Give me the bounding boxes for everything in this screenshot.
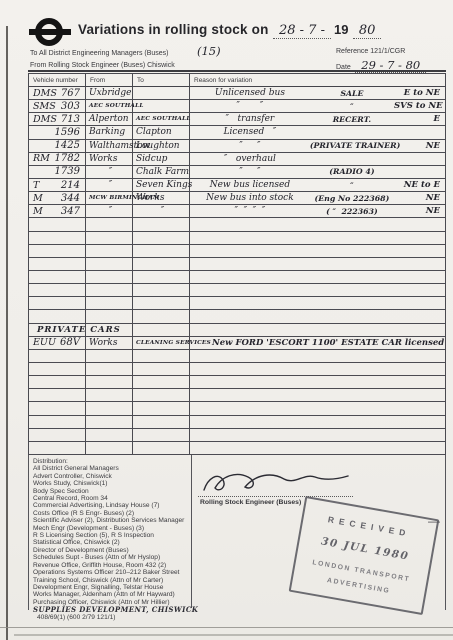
form-page: Variations in rolling stock on 28 - 7 -1…: [0, 0, 453, 640]
to-cell: [133, 350, 190, 362]
distribution-line: All District General Managers: [33, 465, 189, 472]
from-cell-text: Uxbridge: [86, 88, 131, 98]
from-cell-text: ″: [106, 180, 112, 190]
table-row: SMS303AEC SOUTHALL″ ″″SVS to NE: [29, 100, 445, 113]
signature-dotted-line: [198, 496, 353, 497]
title-year-handwritten: 80: [353, 23, 382, 39]
table-row: [29, 245, 445, 258]
vehicle-cell: DMS713: [29, 113, 86, 125]
distribution-line: Operations Systems Officer 210–212 Baker…: [33, 569, 189, 576]
from-line: From Rolling Stock Engineer (Buses) Chis…: [30, 62, 175, 69]
from-cell: [86, 442, 133, 454]
to-cell: Loughton: [133, 140, 190, 152]
table-row: [29, 271, 445, 284]
vehicle-number: 1425: [55, 140, 80, 151]
to-cell: [133, 258, 190, 270]
vehicle-number: 68V: [60, 337, 80, 348]
reason-r2: RECERT.: [310, 115, 394, 124]
distribution-line: Scientific Adviser (2), Distribution Ser…: [33, 517, 189, 524]
reason-r3: NE: [400, 141, 445, 151]
vehicle-cell: 1425: [29, 140, 86, 152]
signature-squiggle: [198, 466, 353, 496]
vehicle-cell: [29, 245, 86, 257]
reason-r3: NE to E: [394, 180, 445, 190]
from-cell: [86, 284, 133, 296]
table-row: [29, 258, 445, 271]
reason-r1: ″ transfer: [190, 114, 310, 124]
table-row: [29, 232, 445, 245]
from-cell: Walthamstow: [86, 140, 133, 152]
to-cell-text: Chalk Farm: [133, 167, 189, 177]
reason-cell: [190, 258, 445, 270]
to-cell-text: Loughton: [133, 141, 180, 151]
reason-cell: ″ ″″SVS to NE: [190, 100, 445, 112]
scan-edge-bottom: [0, 627, 453, 628]
distribution-line: Statistical Office, Chiswick (2): [33, 539, 189, 546]
stamp-date: 30 JUL 1980: [320, 536, 410, 563]
reason-r2: ″: [310, 181, 394, 190]
reason-r2: ( ″ 222363): [310, 207, 394, 216]
vehicle-class: SMS: [33, 101, 56, 112]
from-cell: Alperton: [86, 113, 133, 125]
vehicle-cell: [29, 284, 86, 296]
from-cell-text: Works: [86, 154, 117, 164]
reason-cell: [190, 245, 445, 257]
vehicle-cell: [29, 416, 86, 428]
reason-r1: ″ ″: [190, 141, 310, 151]
reason-cell: Licensed ″: [190, 126, 445, 138]
reason-cell: [190, 429, 445, 441]
vehicle-number: 713: [61, 114, 80, 125]
vehicle-cell: [29, 350, 86, 362]
vehicle-number: 344: [61, 193, 80, 204]
roundel-bar: [29, 29, 71, 35]
vehicle-cell: SMS303: [29, 100, 86, 112]
to-cell: Seven Kings: [133, 179, 190, 191]
reason-r1: New bus licensed: [190, 180, 310, 190]
table-row: [29, 310, 445, 323]
reason-r2: ″: [310, 102, 394, 111]
vehicle-cell: EUU68V: [29, 337, 86, 349]
to-cell: [133, 324, 190, 336]
dash-mark: —: [428, 514, 440, 528]
vehicle-cell: PRIVATE CARS: [29, 324, 86, 336]
to-cell: [133, 218, 190, 230]
copy-count-annotation: (15): [197, 44, 221, 58]
to-cell: [133, 402, 190, 414]
to-cell: [133, 297, 190, 309]
reason-cell: [190, 389, 445, 401]
reason-cell: ″ ″(RADIO 4): [190, 166, 445, 178]
distribution-line: Director of Development (Buses): [33, 547, 189, 554]
vehicle-cell: [29, 297, 86, 309]
reason-cell: ″ overhaul: [190, 153, 445, 165]
from-cell: [86, 389, 133, 401]
from-cell: [86, 363, 133, 375]
vehicle-cell: [29, 310, 86, 322]
from-cell-text: Barking: [86, 127, 125, 137]
reason-r2: (PRIVATE TRAINER): [310, 141, 400, 150]
rolling-stock-table: Vehicle number From To Reason for variat…: [28, 73, 446, 455]
vehicle-cell: [29, 442, 86, 454]
vehicle-class: EUU: [33, 337, 56, 348]
reason-r1: ″ overhaul: [190, 154, 310, 164]
reason-r1: Unlicensed bus: [190, 88, 310, 98]
lower-section-divider: [191, 455, 192, 608]
reason-cell: [190, 218, 445, 230]
from-cell-text: Works: [86, 338, 117, 348]
vehicle-class: M: [33, 206, 43, 217]
distribution-line: Advert Controller, Chiswick: [33, 473, 189, 480]
to-cell: AEC SOUTHALL: [133, 113, 190, 125]
table-body: DMS767UxbridgeUnlicensed busSALEE to NES…: [29, 87, 445, 455]
stamp-received-text: RECEIVED: [327, 514, 411, 538]
from-cell: [86, 258, 133, 270]
distribution-line: Works Study, Chiswick(1): [33, 480, 189, 487]
vehicle-cell: [29, 258, 86, 270]
to-cell: [133, 87, 190, 99]
from-cell: Barking: [86, 126, 133, 138]
vehicle-cell: [29, 376, 86, 388]
from-cell-text: Alperton: [86, 114, 129, 124]
from-cell: [86, 350, 133, 362]
reason-r2: SALE: [310, 89, 394, 98]
header-rule: [28, 70, 446, 72]
from-cell: [86, 297, 133, 309]
vehicle-cell: 1739: [29, 166, 86, 178]
vehicle-cell: RM1782: [29, 153, 86, 165]
vehicle-number: 347: [61, 206, 80, 217]
to-cell: [133, 245, 190, 257]
to-cell-text: ″: [158, 206, 164, 216]
table-row: T214″Seven KingsNew bus licensed″NE to E: [29, 179, 445, 192]
from-cell: [86, 416, 133, 428]
vehicle-cell: [29, 363, 86, 375]
distribution-line: Revenue Office, Griffith House, Room 432…: [33, 562, 189, 569]
vehicle-cell: [29, 402, 86, 414]
reason-cell: ″ ″ ″ ″( ″ 222363)NE: [190, 205, 445, 217]
reason-r3: NE: [394, 193, 445, 203]
to-line: To All District Engineering Managers (Bu…: [30, 50, 169, 57]
table-row: DMS767UxbridgeUnlicensed busSALEE to NE: [29, 87, 445, 100]
distribution-line: Distribution:: [33, 458, 189, 465]
to-cell: [133, 442, 190, 454]
to-cell: [133, 310, 190, 322]
table-row: [29, 297, 445, 310]
from-cell: [86, 402, 133, 414]
reason-r1: Licensed ″: [190, 127, 310, 137]
vehicle-class: DMS: [33, 88, 57, 99]
distribution-list: Distribution:All District General Manage…: [33, 458, 189, 621]
table-row: [29, 218, 445, 231]
signature-label: Rolling Stock Engineer (Buses): [200, 499, 301, 506]
reason-cell: [190, 232, 445, 244]
london-transport-roundel-icon: [29, 17, 71, 47]
to-cell-text: AEC SOUTHALL: [133, 116, 191, 122]
vehicle-class: M: [33, 193, 43, 204]
reason-r2: (Eng No 222368): [310, 194, 394, 203]
distribution-line: Costs Office (R S Engr- Buses) (2): [33, 510, 189, 517]
vehicle-class: T: [33, 180, 39, 191]
vehicle-number: 303: [61, 101, 80, 112]
table-header-row: Vehicle number From To Reason for variat…: [29, 74, 445, 87]
to-cell: [133, 284, 190, 296]
table-row: PRIVATE CARS: [29, 324, 445, 337]
distribution-line: Central Record, Room 34: [33, 495, 189, 502]
vehicle-number: 1739: [55, 166, 80, 177]
table-row: RM1782WorksSidcup″ overhaul: [29, 153, 445, 166]
vehicle-cell: [29, 429, 86, 441]
reason-cell: New bus licensed″NE to E: [190, 179, 445, 191]
from-cell: Works: [86, 337, 133, 349]
reason-cell: [190, 350, 445, 362]
header-cell-from: From: [86, 74, 133, 86]
to-cell-text: Clapton: [133, 127, 172, 137]
vehicle-cell: [29, 232, 86, 244]
to-cell: Clapton: [133, 126, 190, 138]
reason-r3: SVS to NE: [394, 101, 448, 111]
vehicle-number: 214: [61, 180, 80, 191]
supplies-note: SUPPLIES DEVELOPMENT, CHISWICK: [33, 606, 189, 613]
reason-cell: [190, 310, 445, 322]
to-cell-text: Sidcup: [133, 154, 167, 164]
from-cell: [86, 271, 133, 283]
reason-cell: [190, 324, 445, 336]
distribution-line: Development Engr, Signalling, Telstar Ho…: [33, 584, 189, 591]
vehicle-cell: DMS767: [29, 87, 86, 99]
page-title: Variations in rolling stock on: [78, 22, 269, 37]
to-cell: CLEANING SERVICES: [133, 337, 190, 349]
from-cell: [86, 376, 133, 388]
vehicle-cell: [29, 389, 86, 401]
to-cell: [133, 429, 190, 441]
to-cell: [133, 416, 190, 428]
reason-r3: E to NE: [394, 88, 445, 98]
reason-cell: Unlicensed busSALEE to NE: [190, 87, 445, 99]
from-cell: Works: [86, 153, 133, 165]
scan-edge-left: [6, 26, 8, 640]
reason-cell: [190, 442, 445, 454]
vehicle-cell: 1596: [29, 126, 86, 138]
to-cell: Sidcup: [133, 153, 190, 165]
distribution-line: R S Licensing Section (5), R S Inspectio…: [33, 532, 189, 539]
header-cell-reason: Reason for variation: [190, 74, 445, 86]
reason-r2: (RADIO 4): [310, 167, 394, 176]
vehicle-cell: M344: [29, 192, 86, 204]
from-cell: MCW BIRMINGHAM: [86, 192, 133, 204]
distribution-line: Schedules Supt - Buses (Attn of Mr Hyslo…: [33, 554, 189, 561]
table-row: [29, 442, 445, 455]
table-row: [29, 416, 445, 429]
vehicle-cell: M347: [29, 205, 86, 217]
from-cell: ″: [86, 205, 133, 217]
from-cell: ″: [86, 166, 133, 178]
title-row: Variations in rolling stock on 28 - 7 -1…: [78, 21, 448, 39]
to-cell-text: Works: [133, 193, 164, 203]
table-row: [29, 363, 445, 376]
to-cell: ″: [133, 205, 190, 217]
reason-cell: [190, 402, 445, 414]
table-row: [29, 350, 445, 363]
to-cell: [133, 232, 190, 244]
from-cell: [86, 310, 133, 322]
from-cell: [86, 429, 133, 441]
vehicle-number: 1782: [55, 153, 80, 164]
distribution-line: Works Manager, Aldenham (Attn of Mr Hayw…: [33, 591, 189, 598]
reason-cell: [190, 416, 445, 428]
to-cell: Works: [133, 192, 190, 204]
vehicle-class: DMS: [33, 114, 57, 125]
to-cell-text: Seven Kings: [133, 180, 192, 190]
reason-r1: ″ ″ ″ ″: [190, 206, 310, 216]
reason-cell: [190, 363, 445, 375]
reason-cell: [190, 284, 445, 296]
table-row: 1596BarkingClaptonLicensed ″: [29, 126, 445, 139]
vehicle-number: 767: [61, 88, 80, 99]
reason-r1: ″ ″: [190, 101, 310, 111]
reason-r1: ″ ″: [190, 167, 310, 177]
table-row: [29, 429, 445, 442]
table-row: EUU68VWorksCLEANING SERVICESNew FORD 'ES…: [29, 337, 445, 350]
reason-cell: New bus into stock(Eng No 222368)NE: [190, 192, 445, 204]
from-cell-text: ″: [106, 167, 112, 177]
to-cell: Chalk Farm: [133, 166, 190, 178]
title-year-printed: 19: [334, 22, 348, 37]
distribution-line: Mech Engr (Development - Buses) (3): [33, 525, 189, 532]
reason-r3: NE: [394, 206, 445, 216]
to-cell: [133, 271, 190, 283]
reason-cell: ″ ″(PRIVATE TRAINER)NE: [190, 140, 445, 152]
signature: Rolling Stock Engineer (Buses): [198, 466, 358, 501]
reason-r1: New bus into stock: [190, 193, 310, 203]
from-cell: ″: [86, 179, 133, 191]
reference-number: Reference 121/1/CGR: [336, 48, 405, 55]
header-cell-to: To: [133, 74, 190, 86]
from-cell: [86, 245, 133, 257]
distribution-line: Body Spec Section: [33, 488, 189, 495]
reason-cell: [190, 271, 445, 283]
from-cell: Uxbridge: [86, 87, 133, 99]
table-row: 1739″Chalk Farm″ ″(RADIO 4): [29, 166, 445, 179]
title-date-handwritten: 28 - 7 -: [273, 23, 331, 39]
distribution-line: Commercial Advertising, Lindsay House (7…: [33, 502, 189, 509]
vehicle-cell: [29, 271, 86, 283]
from-cell: [86, 218, 133, 230]
reason-cell: [190, 297, 445, 309]
vehicle-class: RM: [33, 153, 50, 164]
vehicle-cell: [29, 218, 86, 230]
vehicle-number: 1596: [55, 127, 80, 138]
table-row: M344MCW BIRMINGHAMWorksNew bus into stoc…: [29, 192, 445, 205]
distribution-line: Training School, Chiswick (Attn of Mr Ca…: [33, 577, 189, 584]
form-code: 408/69(1) (600 2/79 121/1): [33, 614, 189, 621]
table-row: [29, 376, 445, 389]
reason-text: New FORD 'ESCORT 1100' ESTATE CAR licens…: [190, 338, 445, 348]
reason-cell: New FORD 'ESCORT 1100' ESTATE CAR licens…: [190, 337, 445, 349]
vehicle-cell: T214: [29, 179, 86, 191]
reason-cell: [190, 376, 445, 388]
from-cell: AEC SOUTHALL: [86, 100, 133, 112]
from-cell: [86, 324, 133, 336]
to-cell: [133, 389, 190, 401]
reason-r3: E: [394, 114, 445, 124]
table-row: [29, 389, 445, 402]
table-row: [29, 284, 445, 297]
from-cell-text: ″: [106, 206, 112, 216]
from-cell: [86, 232, 133, 244]
reason-cell: ″ transferRECERT.E: [190, 113, 445, 125]
scan-edge-bottom-2: [14, 634, 453, 636]
table-row: [29, 402, 445, 415]
table-row: DMS713AlpertonAEC SOUTHALL″ transferRECE…: [29, 113, 445, 126]
table-row: M347″″″ ″ ″ ″( ″ 222363)NE: [29, 205, 445, 218]
to-cell: [133, 363, 190, 375]
stamp-org-line2: ADVERTISING: [327, 577, 391, 595]
to-cell: [133, 100, 190, 112]
table-row: 1425WalthamstowLoughton″ ″(PRIVATE TRAIN…: [29, 140, 445, 153]
header-cell-vehicle-number: Vehicle number: [29, 74, 86, 86]
to-cell: [133, 376, 190, 388]
